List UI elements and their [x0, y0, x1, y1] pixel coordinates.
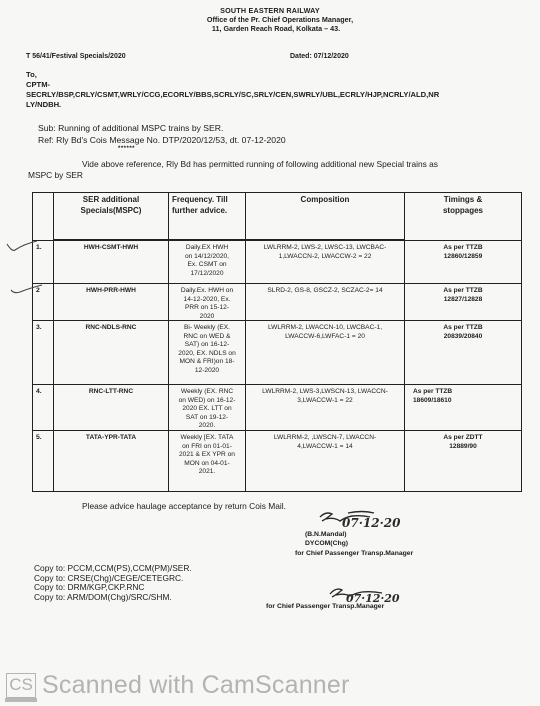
letterhead-organization: SOUTH EASTERN RAILWAY — [0, 6, 540, 15]
addressee-to: To, — [26, 70, 439, 80]
signature-date: 07·12·20 — [342, 516, 400, 530]
row-serial: 4. — [36, 388, 54, 395]
row-frequency: Daily.EX HWHon 14/12/2020,Ex. CSMT on17/… — [169, 244, 245, 278]
header-timings: Timings &stoppages — [405, 194, 521, 216]
intro-line1: Vide above reference, Rly Bd has permitt… — [82, 159, 438, 169]
closing-text: Please advice haulage acceptance by retu… — [82, 501, 286, 511]
subject: Sub: Running of additional MSPC trains b… — [38, 123, 223, 133]
addressee-line1: CPTM- — [26, 80, 439, 90]
letterhead-office: Office of the Pr. Chief Operations Manag… — [10, 15, 540, 24]
row-train: HWH-CSMT-HWH — [54, 244, 168, 253]
scanned-letter: SOUTH EASTERN RAILWAY Office of the Pr. … — [0, 0, 540, 706]
row-composition: LWLRRM-2, LWACCN-10, LWCBAC-1,LWACCW-6,L… — [246, 324, 404, 341]
addressee-block: To, CPTM- SECRLY/BSP,CRLY/CSMT,WRLY/CCG,… — [26, 70, 439, 110]
row-train: HWH-PRR-HWH — [54, 287, 168, 296]
row-train: RNC-LTT-RNC — [54, 388, 168, 397]
row-composition: LWLRRM-2, ,LWSCN-7, LWACCN-4,LWACCW-1 = … — [246, 434, 404, 451]
camscanner-text: Scanned with CamScanner — [42, 671, 350, 700]
addressee-line2: SECRLY/BSP,CRLY/CSMT,WRLY/CCG,ECORLY/BBS… — [26, 90, 439, 100]
header-composition: Composition — [246, 194, 404, 205]
signatory-for: for Chief Passenger Transp.Manager — [295, 550, 413, 559]
signatory2-for: for Chief Passenger Transp.Manager — [266, 603, 384, 612]
row-timings: As per TTZB18609/18610 — [405, 388, 521, 405]
handwritten-tick-icon — [8, 282, 44, 296]
separator: ****** — [118, 146, 135, 152]
trains-table: SER additionalSpecials(MSPC) Frequency. … — [32, 192, 522, 492]
addressee-line3: LY/NDBH. — [26, 100, 439, 110]
row-timings: As per ZDTT12889/90 — [405, 434, 521, 451]
row-serial: 3. — [36, 324, 54, 331]
row-frequency: Weekly [EX. TATAon FRI on 01-01-2021 & E… — [169, 434, 245, 477]
row-timings: As per TTZB12827/12828 — [405, 287, 521, 304]
signatory-name: (B.N.Mandal) — [305, 531, 347, 540]
row-composition: LWLRRM-2, LWS-2, LWSC-13, LWCBAC-1,LWACC… — [246, 244, 404, 261]
row-composition: SLRD-2, GS-8, GSCZ-2, SCZAC-2= 14 — [246, 287, 404, 296]
row-timings: As per TTZB12860/12859 — [405, 244, 521, 261]
row-timings: As per TTZB20839/20840 — [405, 324, 521, 341]
header-train: SER additionalSpecials(MSPC) — [54, 194, 168, 216]
row-serial: 5. — [36, 434, 54, 441]
row-composition: LWLRRM-2, LWS-3,LWSCN-13, LWACCN-3,LWACC… — [246, 388, 404, 405]
copy-item: Copy to: ARM/DOM(Chg)/SRC/SHM. — [34, 593, 192, 603]
reference: Ref: Rly Bd's Cois Message No. DTP/2020/… — [38, 135, 286, 145]
row-frequency: Weekly (EX. RNCon WED) on 16-12-2020 EX.… — [169, 388, 245, 431]
camscanner-watermark: CS Scanned with CamScanner — [6, 670, 350, 700]
row-train: RNC-NDLS-RNC — [54, 324, 168, 333]
reference-number: T 56/41/Festival Specials/2020 — [26, 53, 126, 60]
handwritten-tick-icon — [4, 238, 40, 254]
signatory-designation: DYCOM(Chg) — [305, 540, 348, 549]
row-frequency: Daily.Ex. HWH on14-12-2020, Ex.PRR on 15… — [169, 287, 245, 321]
letterhead-address: 11, Garden Reach Road, Kolkata – 43. — [6, 24, 540, 33]
row-train: TATA-YPR-TATA — [54, 434, 168, 443]
dated: Dated: 07/12/2020 — [290, 53, 349, 60]
camscanner-logo-icon: CS — [6, 673, 36, 698]
row-frequency: Bi- Weekly (EX.RNC on WED &SAT) on 16-12… — [169, 324, 245, 376]
copy-list: Copy to: PCCM,CCM(PS),CCM(PM)/SER. Copy … — [34, 564, 192, 602]
intro-line2: MSPC by SER — [28, 170, 83, 180]
header-frequency: Frequency. Tillfurther advice. — [169, 194, 245, 216]
